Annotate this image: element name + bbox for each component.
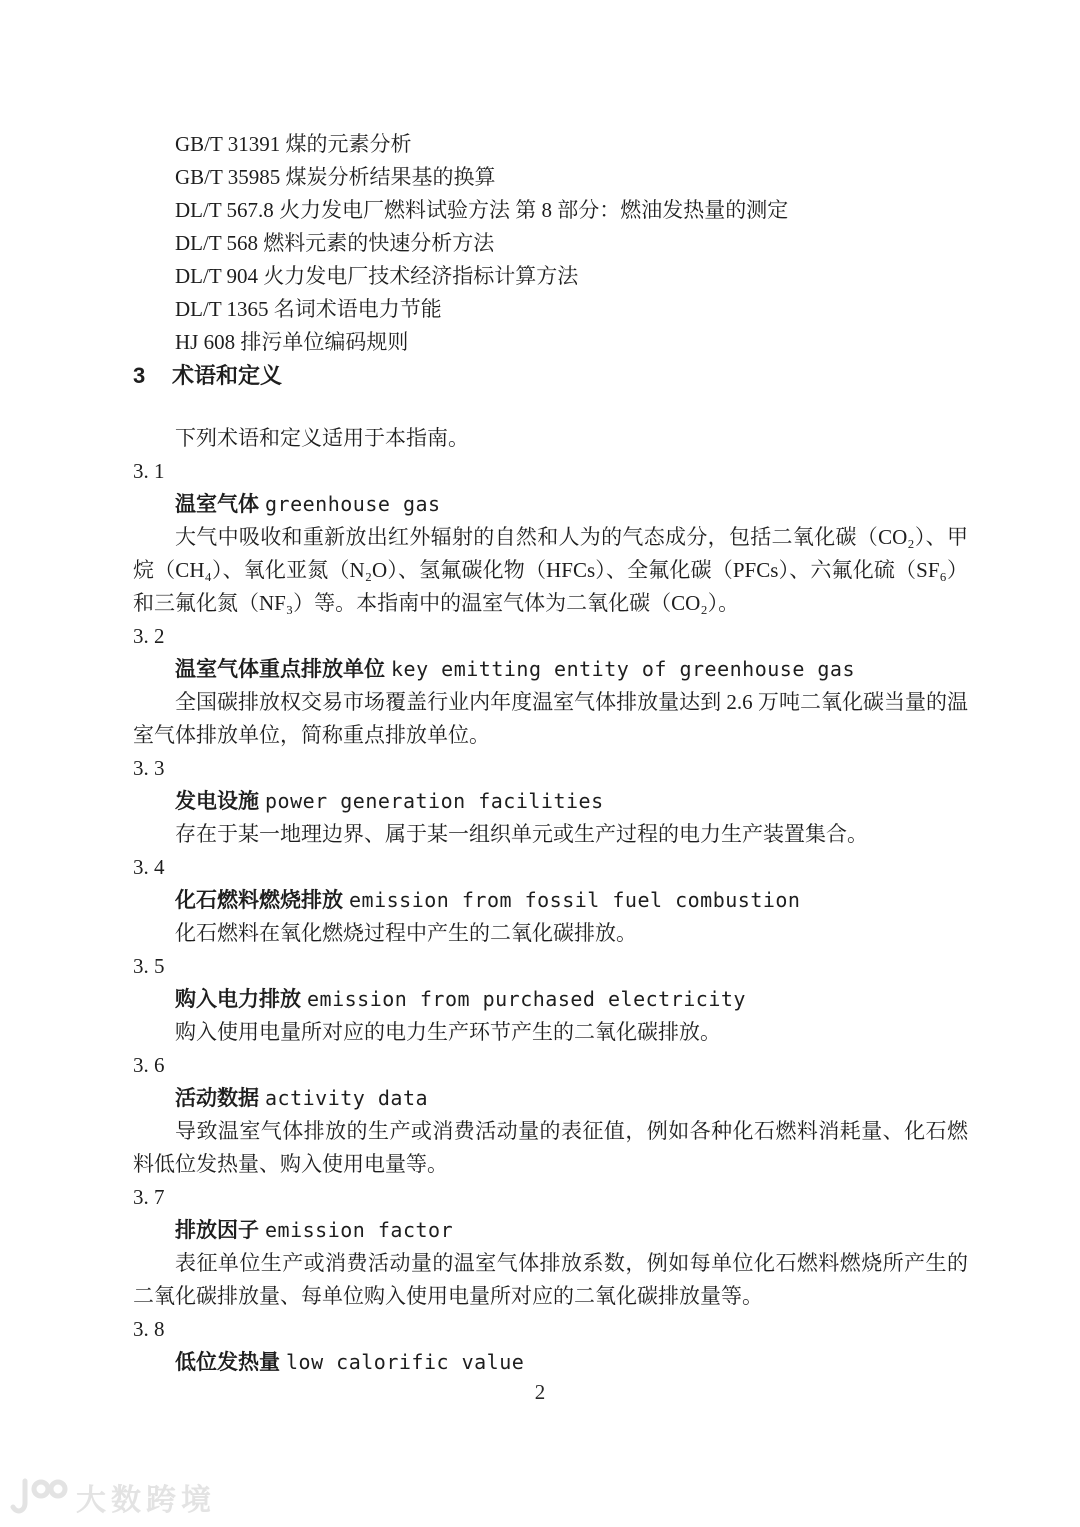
term-entry: 3. 4 化石燃料燃烧排放emission from fossil fuel c…	[133, 851, 968, 950]
term-name-en: emission from fossil fuel combustion	[349, 888, 800, 912]
term-name-en: greenhouse gas	[265, 492, 441, 516]
term-entry: 3. 2 温室气体重点排放单位key emitting entity of gr…	[133, 620, 968, 752]
term-definition: 表征单位生产或消费活动量的温室气体排放系数，例如每单位化石燃料燃烧所产生的二氧化…	[133, 1247, 968, 1313]
term-name-zh: 购入电力排放	[175, 988, 301, 1011]
term-number: 3. 5	[133, 950, 968, 983]
watermark-text: 大数跨境	[76, 1475, 216, 1519]
term-entry: 3. 1 温室气体greenhouse gas 大气中吸收和重新放出红外辐射的自…	[133, 455, 968, 620]
term-name-en: activity data	[265, 1086, 428, 1110]
term-name-en: emission from purchased electricity	[307, 987, 746, 1011]
term-entry: 3. 6 活动数据activity data 导致温室气体排放的生产或消费活动量…	[133, 1049, 968, 1181]
term-title: 低位发热量low calorific value	[133, 1346, 968, 1379]
document-page: GB/T 31391 煤的元素分析 GB/T 35985 煤炭分析结果基的换算 …	[0, 0, 1080, 1379]
term-entry: 3. 7 排放因子emission factor 表征单位生产或消费活动量的温室…	[133, 1181, 968, 1313]
reference-list: GB/T 31391 煤的元素分析 GB/T 35985 煤炭分析结果基的换算 …	[133, 128, 968, 359]
reference-standard-item: GB/T 35985 煤炭分析结果基的换算	[133, 161, 968, 194]
term-number: 3. 3	[133, 752, 968, 785]
term-name-zh: 温室气体重点排放单位	[175, 658, 385, 681]
term-title: 排放因子emission factor	[133, 1214, 968, 1247]
term-number: 3. 1	[133, 455, 968, 488]
section-title: 术语和定义	[172, 363, 282, 388]
term-number: 3. 6	[133, 1049, 968, 1082]
term-number: 3. 4	[133, 851, 968, 884]
term-number: 3. 8	[133, 1313, 968, 1346]
watermark-logo-icon	[10, 1476, 68, 1518]
term-title: 购入电力排放emission from purchased electricit…	[133, 983, 968, 1016]
term-name-zh: 活动数据	[175, 1087, 259, 1110]
page-content: GB/T 31391 煤的元素分析 GB/T 35985 煤炭分析结果基的换算 …	[0, 0, 1080, 1379]
term-title: 活动数据activity data	[133, 1082, 968, 1115]
reference-standard-item: HJ 608 排污单位编码规则	[133, 326, 968, 359]
term-title: 温室气体greenhouse gas	[133, 488, 968, 521]
term-title: 发电设施power generation facilities	[133, 785, 968, 818]
page-number: 2	[0, 1380, 1080, 1405]
term-name-zh: 温室气体	[175, 493, 259, 516]
terms-intro: 下列术语和定义适用于本指南。	[133, 422, 968, 455]
term-title: 化石燃料燃烧排放emission from fossil fuel combus…	[133, 884, 968, 917]
reference-standard-item: DL/T 904 火力发电厂技术经济指标计算方法	[133, 260, 968, 293]
term-name-zh: 排放因子	[175, 1219, 259, 1242]
term-name-zh: 低位发热量	[175, 1351, 280, 1374]
term-definition: 存在于某一地理边界、属于某一组织单元或生产过程的电力生产装置集合。	[133, 818, 968, 851]
section-heading: 3术语和定义	[133, 359, 968, 392]
reference-standard-item: GB/T 31391 煤的元素分析	[133, 128, 968, 161]
watermark: 大数跨境	[10, 1475, 216, 1519]
term-name-en: low calorific value	[286, 1350, 524, 1374]
term-entry: 3. 5 购入电力排放emission from purchased elect…	[133, 950, 968, 1049]
term-name-en: key emitting entity of greenhouse gas	[391, 657, 855, 681]
term-name-en: emission factor	[265, 1218, 453, 1242]
term-entry: 3. 3 发电设施power generation facilities 存在于…	[133, 752, 968, 851]
reference-standard-item: DL/T 1365 名词术语电力节能	[133, 293, 968, 326]
term-number: 3. 2	[133, 620, 968, 653]
term-definition: 导致温室气体排放的生产或消费活动量的表征值，例如各种化石燃料消耗量、化石燃料低位…	[133, 1115, 968, 1181]
term-definition: 购入使用电量所对应的电力生产环节产生的二氧化碳排放。	[133, 1016, 968, 1049]
reference-standard-item: DL/T 568 燃料元素的快速分析方法	[133, 227, 968, 260]
term-definition: 化石燃料在氧化燃烧过程中产生的二氧化碳排放。	[133, 917, 968, 950]
section-number: 3	[133, 359, 172, 392]
reference-standard-item: DL/T 567.8 火力发电厂燃料试验方法 第 8 部分：燃油发热量的测定	[133, 194, 968, 227]
term-definition: 大气中吸收和重新放出红外辐射的自然和人为的气态成分，包括二氧化碳（CO₂）、甲烷…	[133, 521, 968, 620]
term-name-zh: 发电设施	[175, 790, 259, 813]
term-name-zh: 化石燃料燃烧排放	[175, 889, 343, 912]
term-entry: 3. 8 低位发热量low calorific value	[133, 1313, 968, 1379]
term-name-en: power generation facilities	[265, 789, 604, 813]
term-definition: 全国碳排放权交易市场覆盖行业内年度温室气体排放量达到 2.6 万吨二氧化碳当量的…	[133, 686, 968, 752]
term-number: 3. 7	[133, 1181, 968, 1214]
term-title: 温室气体重点排放单位key emitting entity of greenho…	[133, 653, 968, 686]
